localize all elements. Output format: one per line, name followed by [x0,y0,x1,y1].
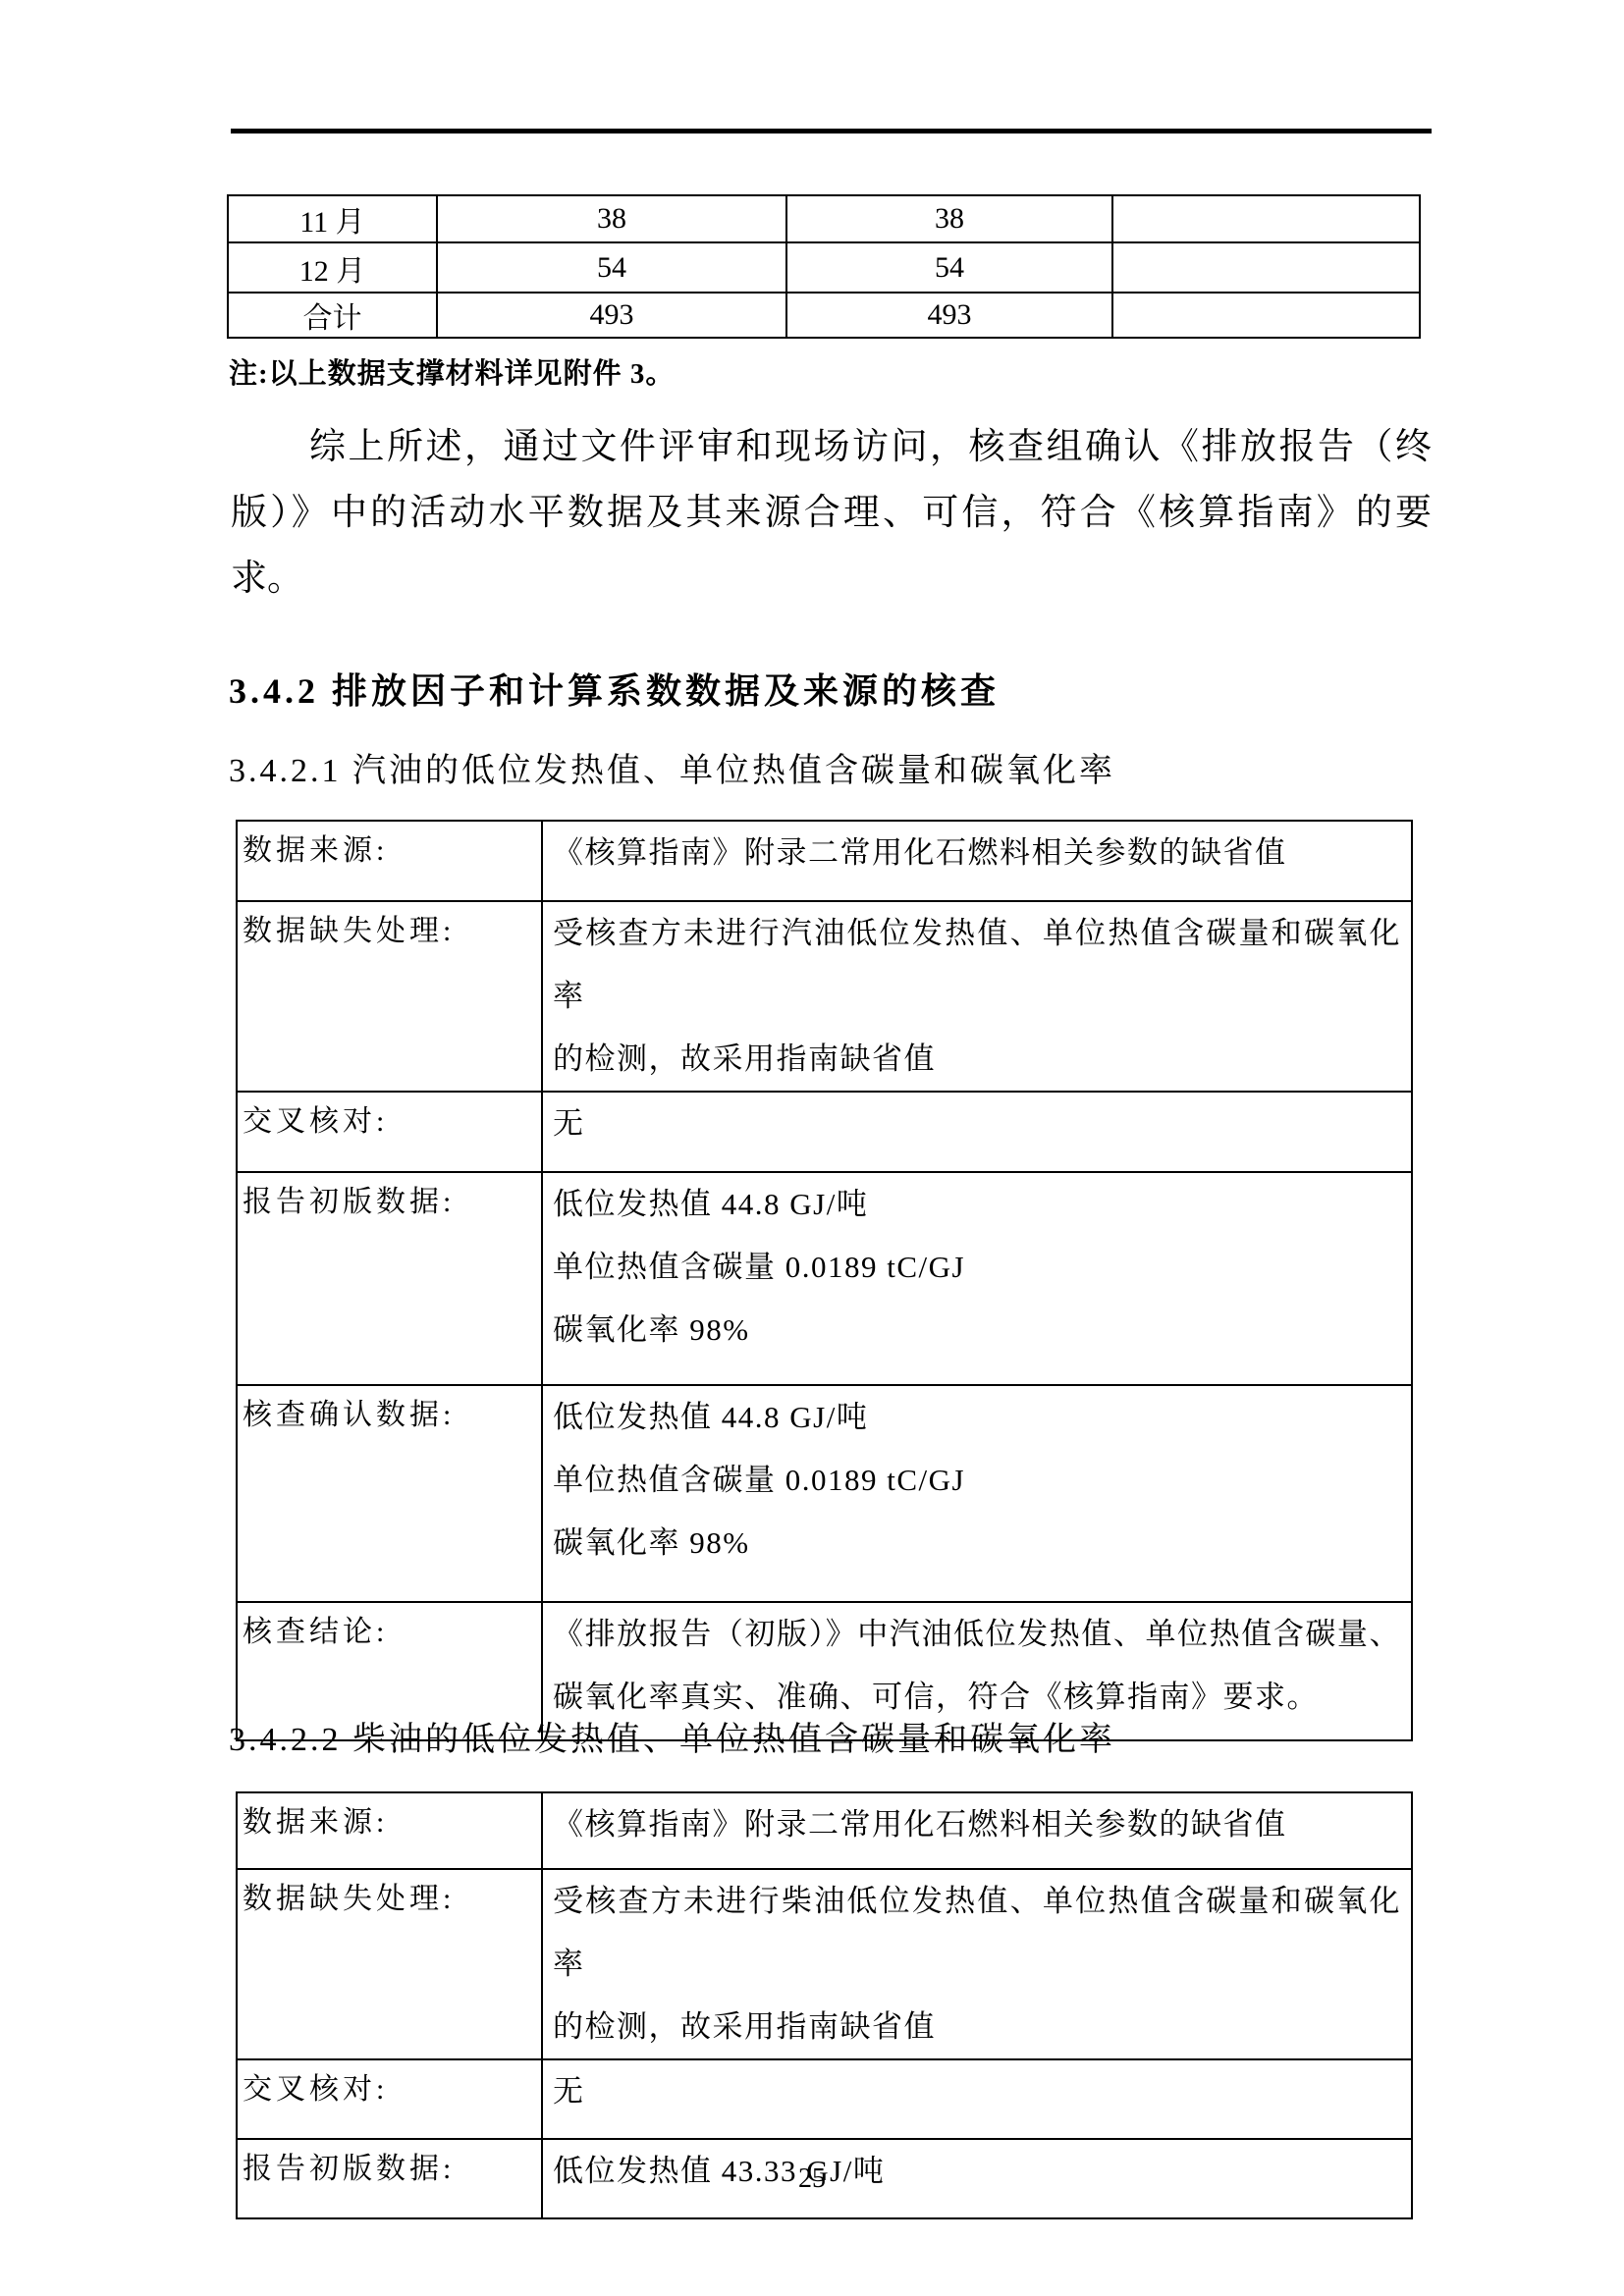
content-line: 受核查方未进行柴油低位发热值、单位热值含碳量和碳氧化率 [553,1870,1401,1996]
subsection-heading-3421: 3.4.2.1 汽油的低位发热值、单位热值含碳量和碳氧化率 [229,743,1115,791]
row-content: 《核算指南》附录二常用化石燃料相关参数的缺省值 [542,821,1412,901]
content-line: 低位发热值 44.8 GJ/吨 [553,1386,1401,1449]
row-content: 《核算指南》附录二常用化石燃料相关参数的缺省值 [542,1792,1412,1869]
value-cell: 38 [786,195,1112,242]
row-label: 数据来源: [237,1792,542,1869]
row-label: 报告初版数据: [237,1172,542,1385]
row-content: 受核查方未进行柴油低位发热值、单位热值含碳量和碳氧化率 的检测，故采用指南缺省值 [542,1869,1412,2059]
value-cell: 493 [786,293,1112,338]
table-row: 数据来源: 《核算指南》附录二常用化石燃料相关参数的缺省值 [237,821,1412,901]
content-line: 无 [553,1093,1401,1155]
subsection-heading-3422: 3.4.2.2 柴油的低位发热值、单位热值含碳量和碳氧化率 [229,1712,1115,1760]
table-row: 11 月 38 38 [228,195,1420,242]
row-label: 交叉核对: [237,1092,542,1172]
content-line: 碳氧化率 98% [553,1512,1401,1575]
content-line: 的检测，故采用指南缺省值 [553,1028,1401,1091]
row-label: 数据缺失处理: [237,1869,542,2059]
table-row: 合计 493 493 [228,293,1420,338]
content-line: 《核算指南》附录二常用化石燃料相关参数的缺省值 [553,1793,1401,1856]
table-row: 数据缺失处理: 受核查方未进行柴油低位发热值、单位热值含碳量和碳氧化率 的检测，… [237,1869,1412,2059]
monthly-data-table: 11 月 38 38 12 月 54 54 合计 493 493 [227,194,1421,339]
row-content: 受核查方未进行汽油低位发热值、单位热值含碳量和碳氧化率 的检测，故采用指南缺省值 [542,901,1412,1092]
table-row: 数据缺失处理: 受核查方未进行汽油低位发热值、单位热值含碳量和碳氧化率 的检测，… [237,901,1412,1092]
value-cell: 38 [437,195,786,242]
content-line: 无 [553,2060,1401,2123]
row-content: 无 [542,2059,1412,2139]
content-line: 单位热值含碳量 0.0189 tC/GJ [553,1236,1401,1299]
empty-cell [1112,195,1420,242]
row-label: 交叉核对: [237,2059,542,2139]
diesel-parameters-table: 数据来源: 《核算指南》附录二常用化石燃料相关参数的缺省值 数据缺失处理: 受核… [236,1791,1413,2219]
row-label: 数据缺失处理: [237,901,542,1092]
table-row: 交叉核对: 无 [237,2059,1412,2139]
value-cell: 493 [437,293,786,338]
empty-cell [1112,293,1420,338]
row-content: 低位发热值 44.8 GJ/吨 单位热值含碳量 0.0189 tC/GJ 碳氧化… [542,1172,1412,1385]
table-row: 数据来源: 《核算指南》附录二常用化石燃料相关参数的缺省值 [237,1792,1412,1869]
table-row: 核查确认数据: 低位发热值 44.8 GJ/吨 单位热值含碳量 0.0189 t… [237,1385,1412,1602]
table-row: 报告初版数据: 低位发热值 44.8 GJ/吨 单位热值含碳量 0.0189 t… [237,1172,1412,1385]
section-heading-342: 3.4.2 排放因子和计算系数数据及来源的核查 [229,664,1000,714]
summary-paragraph: 综上所述，通过文件评审和现场访问，核查组确认《排放报告（终 版）》中的活动水平数… [231,414,1432,612]
value-cell: 54 [786,242,1112,293]
content-line: 《排放报告（初版）》中汽油低位发热值、单位热值含碳量、 [553,1603,1401,1666]
row-label: 核查确认数据: [237,1385,542,1602]
header-rule [231,129,1432,133]
content-line: 单位热值含碳量 0.0189 tC/GJ [553,1449,1401,1512]
row-content: 低位发热值 44.8 GJ/吨 单位热值含碳量 0.0189 tC/GJ 碳氧化… [542,1385,1412,1602]
total-cell: 合计 [228,293,437,338]
table-row: 交叉核对: 无 [237,1092,1412,1172]
content-line: 低位发热值 44.8 GJ/吨 [553,1173,1401,1236]
value-cell: 54 [437,242,786,293]
content-line: 《核算指南》附录二常用化石燃料相关参数的缺省值 [553,822,1401,884]
month-cell: 11 月 [228,195,437,242]
table-note: 注:以上数据支撑材料详见附件 3。 [229,351,675,392]
row-content: 无 [542,1092,1412,1172]
paragraph-line: 求。 [231,546,1432,612]
content-line: 的检测，故采用指南缺省值 [553,1996,1401,2058]
paragraph-line: 综上所述，通过文件评审和现场访问，核查组确认《排放报告（终 [231,414,1432,480]
content-line: 受核查方未进行汽油低位发热值、单位热值含碳量和碳氧化率 [553,902,1401,1028]
month-cell: 12 月 [228,242,437,293]
row-label: 数据来源: [237,821,542,901]
gasoline-parameters-table: 数据来源: 《核算指南》附录二常用化石燃料相关参数的缺省值 数据缺失处理: 受核… [236,820,1413,1741]
content-line: 碳氧化率 98% [553,1299,1401,1362]
empty-cell [1112,242,1420,293]
page-number: 25 [0,2163,1624,2195]
paragraph-line: 版）》中的活动水平数据及其来源合理、可信，符合《核算指南》的要 [231,480,1432,546]
document-page: 11 月 38 38 12 月 54 54 合计 493 493 注:以上数据支… [0,0,1624,2296]
table-row: 12 月 54 54 [228,242,1420,293]
